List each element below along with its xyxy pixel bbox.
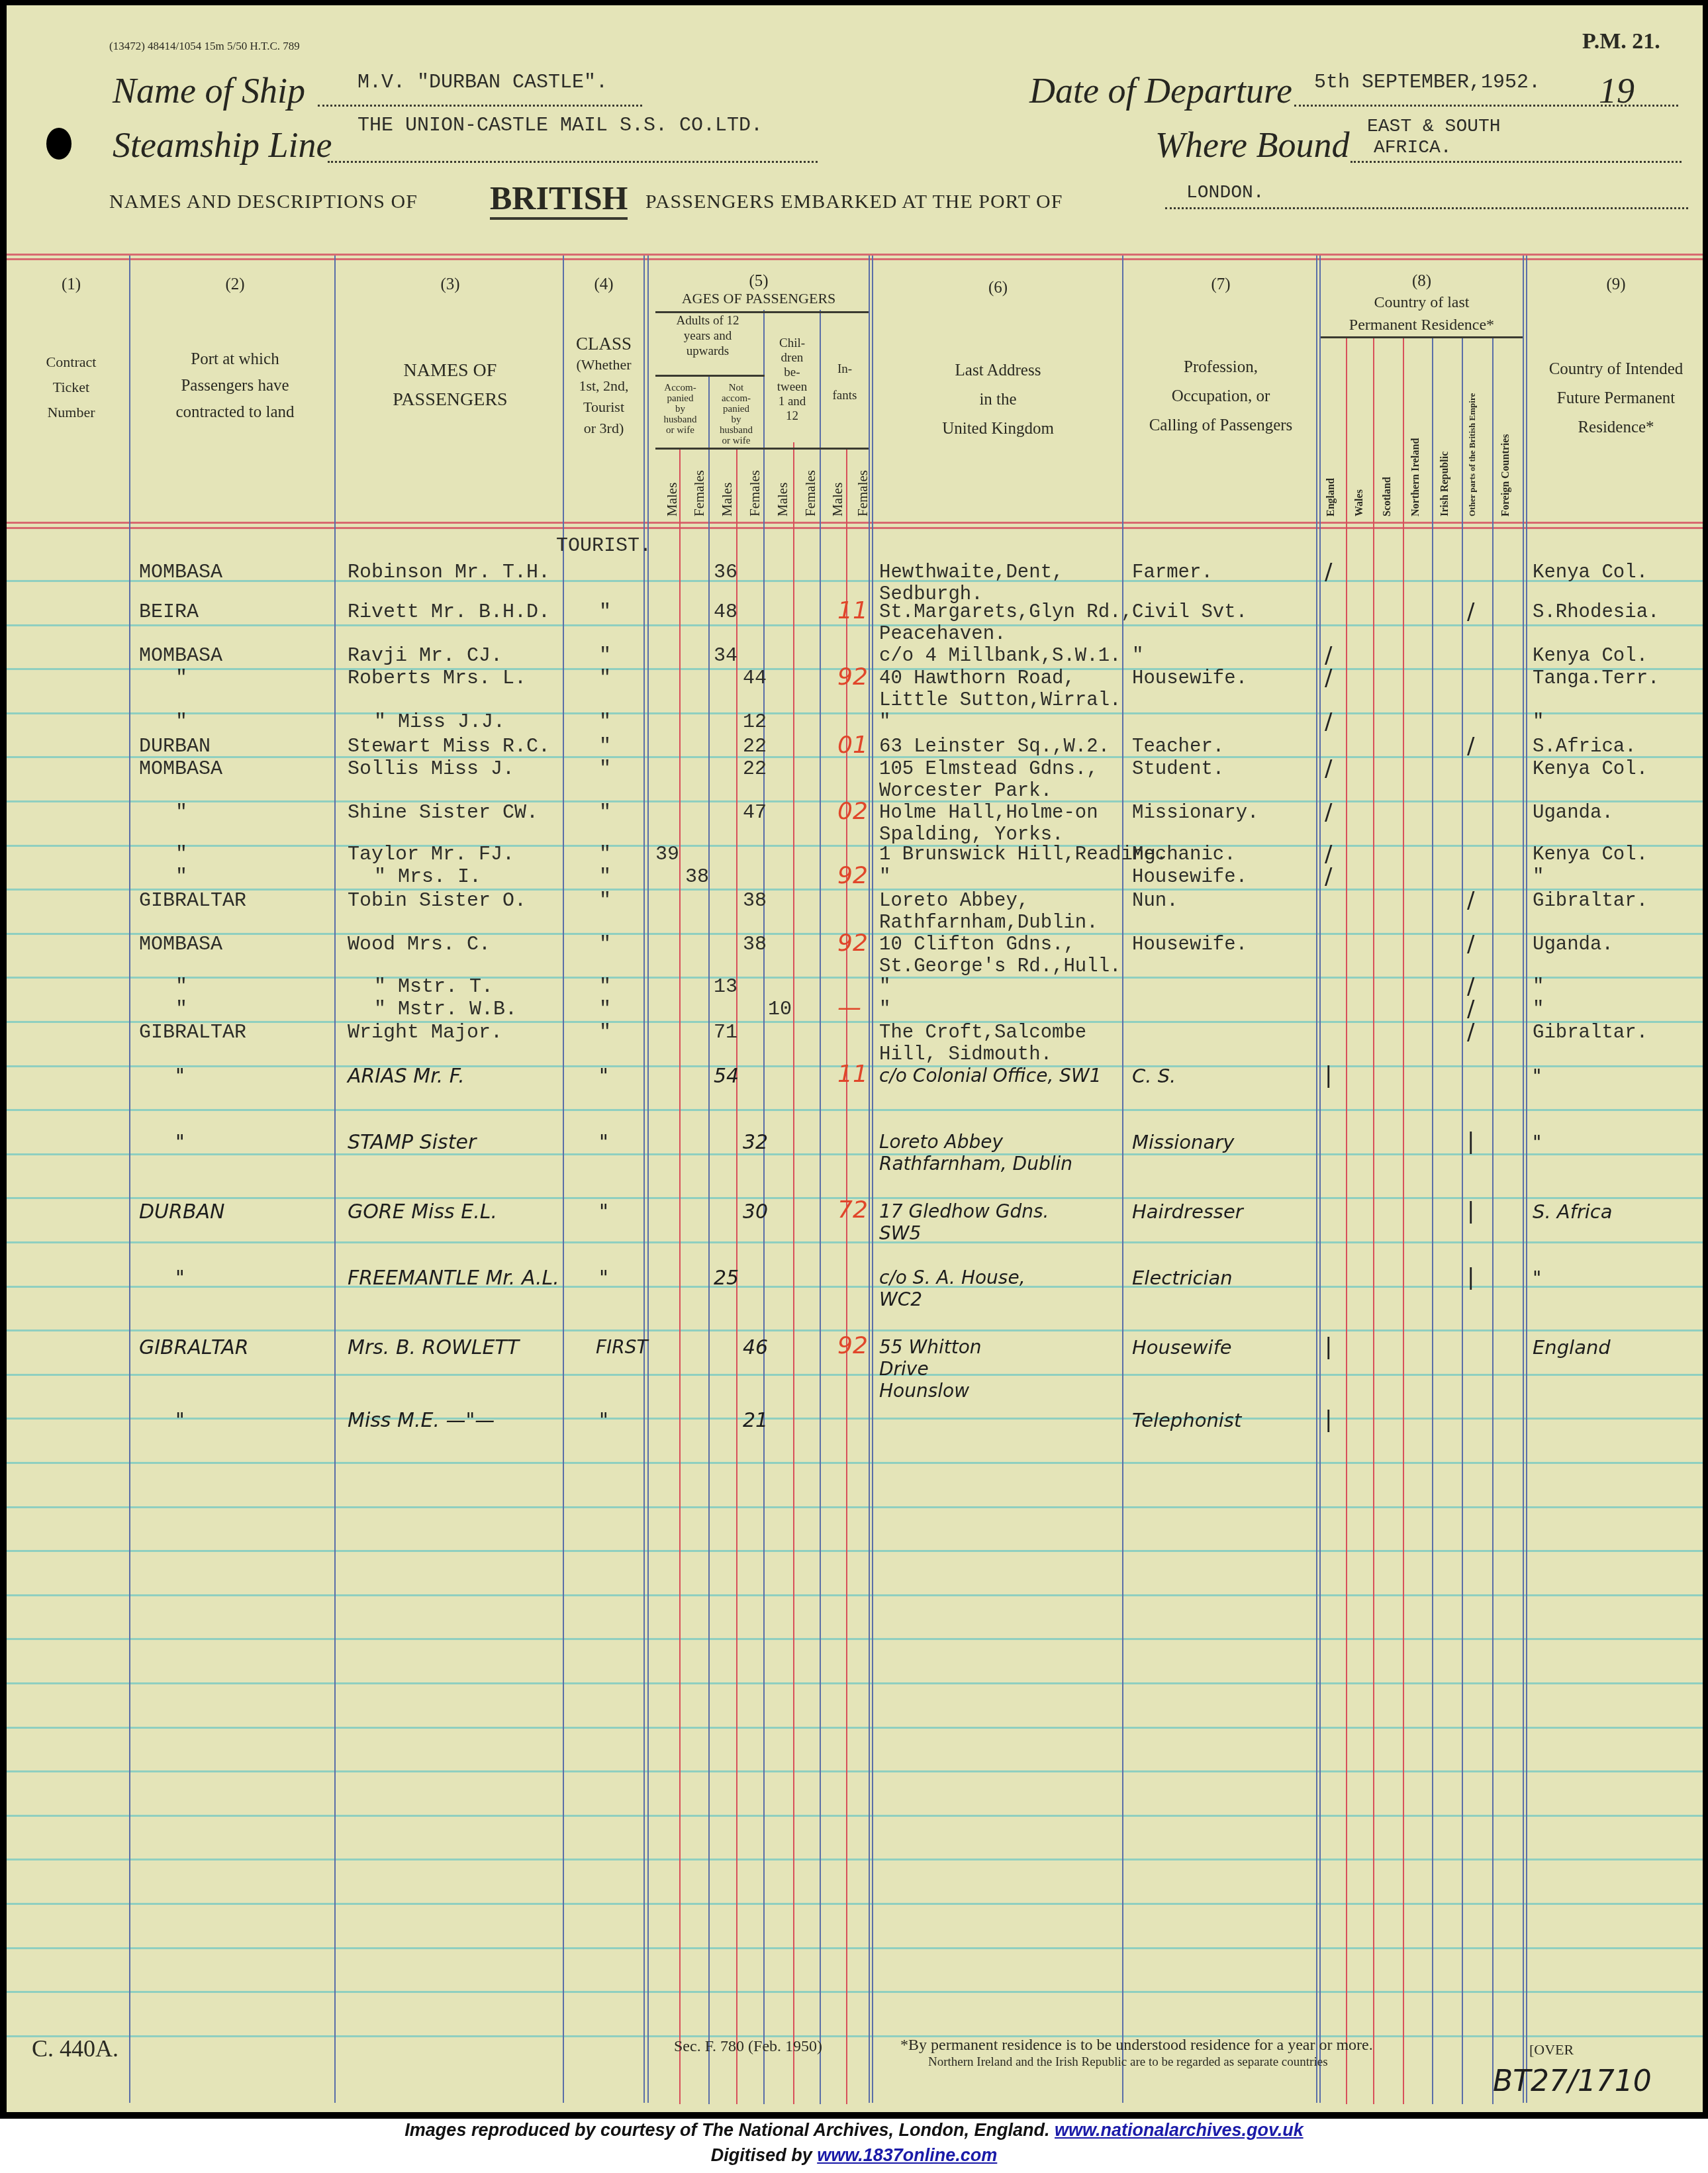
passenger-age: 22	[743, 736, 767, 758]
port-of-landing: "	[175, 1267, 185, 1290]
departure-label: Date of Departure	[1029, 70, 1292, 111]
sex-rule	[655, 448, 869, 450]
label-line: Occupation, or	[1125, 382, 1316, 411]
departure-year-prefix: 19	[1599, 70, 1635, 111]
row-rule	[7, 1418, 1703, 1420]
country-last-rule	[1321, 336, 1523, 338]
row-rule	[7, 1770, 1703, 1772]
row-rule	[7, 1374, 1703, 1376]
residence-tick: |	[1467, 1198, 1474, 1224]
port-of-landing: MOMBASA	[139, 758, 222, 781]
label-line: tween	[765, 380, 820, 395]
adults-rule	[655, 375, 765, 377]
passenger-class: "	[599, 758, 611, 781]
future-residence: Gibraltar.	[1533, 1022, 1648, 1043]
steamship-line: THE UNION-CASTLE MAIL S.S. CO.LTD.	[357, 115, 763, 137]
last-address-line: 10 Clifton Gdns.,	[879, 934, 1075, 955]
col-rule	[563, 256, 564, 2103]
residence-tick: /	[1467, 599, 1474, 625]
last-address-line: WC2	[879, 1288, 922, 1310]
row-rule	[7, 1109, 1703, 1111]
col-rule	[1122, 256, 1123, 2103]
residence-tick: /	[1467, 733, 1474, 759]
port-of-landing: "	[175, 998, 187, 1021]
last-address-line: Peacehaven.	[879, 623, 1006, 645]
national-archives-link[interactable]: www.nationalarchives.gov.uk	[1055, 2120, 1304, 2140]
row-rule	[7, 624, 1703, 626]
label-line: upwards	[652, 344, 763, 359]
label-line: Country of Intended	[1529, 355, 1703, 384]
passenger-name: Sollis Miss J.	[348, 758, 514, 781]
port-of-landing: DURBAN	[139, 1200, 224, 1224]
future-residence: England	[1533, 1336, 1611, 1359]
last-address-line: "	[879, 866, 890, 888]
passenger-age: 13	[714, 976, 737, 998]
label-line: NAMES OF	[338, 356, 563, 385]
class-heading: TOURIST.	[556, 535, 651, 557]
future-residence: S. Africa	[1533, 1200, 1613, 1223]
last-address-line: 105 Elmstead Gdns.,	[879, 758, 1098, 780]
future-residence: S.Africa.	[1533, 736, 1637, 757]
title-british: BRITISH	[490, 179, 628, 220]
sex-label: Females	[855, 470, 871, 516]
label-line: Last Address	[874, 356, 1122, 385]
last-address-line: c/o S. A. House,	[879, 1267, 1025, 1288]
red-annotation: 92	[837, 930, 868, 957]
label-line: Not	[709, 383, 763, 393]
port-of-landing: "	[175, 1131, 185, 1154]
last-address-line: St.Margarets,Glyn Rd.,	[879, 601, 1133, 623]
row-rule	[7, 1329, 1703, 1331]
port-of-embarkation: LONDON.	[1186, 183, 1264, 203]
red-annotation: 92	[837, 1332, 868, 1359]
sex-label: Males	[664, 483, 681, 516]
country-wales: Wales	[1354, 489, 1366, 516]
label-line: 1 and	[765, 395, 820, 409]
passenger-age: 38	[743, 890, 767, 912]
last-address-line: 1 Brunswick Hill,Reading.	[879, 844, 1167, 865]
label-line: fants	[821, 383, 869, 409]
last-address-line: c/o 4 Millbank,S.W.1.	[879, 645, 1121, 667]
passenger-age: 44	[743, 667, 767, 690]
passenger-class: "	[599, 1131, 608, 1154]
label-line: CLASS	[564, 333, 643, 354]
row-rule	[7, 2035, 1703, 2037]
occupation: Nun.	[1132, 890, 1178, 912]
residence-tick: /	[1325, 665, 1332, 691]
col-rule	[793, 442, 794, 2104]
label-line: husband	[652, 414, 708, 425]
country-other-british-empire: Other parts of the British Empire	[1467, 384, 1477, 516]
passenger-class: "	[599, 802, 611, 824]
country-scotland: Scotland	[1382, 477, 1394, 516]
port-of-landing: MOMBASA	[139, 645, 222, 667]
label-line: Country of last	[1321, 291, 1523, 314]
adults-label: Adults of 12 years and upwards	[652, 313, 763, 359]
passenger-class: "	[599, 998, 611, 1021]
passenger-age: 21	[743, 1409, 768, 1432]
passenger-age: 36	[714, 561, 737, 584]
where-bound-2: AFRICA.	[1374, 138, 1452, 158]
port-of-landing: DURBAN	[139, 736, 211, 758]
line-dotline	[328, 161, 818, 163]
row-rule	[7, 1727, 1703, 1729]
label-line: contracted to land	[136, 399, 334, 426]
passenger-name: Robinson Mr. T.H.	[348, 561, 550, 584]
sex-label: Males	[775, 483, 791, 516]
occupation: C. S.	[1132, 1065, 1176, 1087]
occupation: Hairdresser	[1132, 1200, 1243, 1223]
col8-number: (8)	[1321, 270, 1523, 293]
last-address-line: 40 Hawthorn Road,	[879, 667, 1075, 689]
row-rule	[7, 1153, 1703, 1155]
col-rule	[869, 256, 870, 2103]
row-rule	[7, 1594, 1703, 1596]
label-line: in the	[874, 385, 1122, 414]
label-line: Contract	[13, 350, 129, 375]
row-rule	[7, 1991, 1703, 1993]
last-address-line: c/o Colonial Office, SW1	[879, 1065, 1102, 1086]
last-address-line: Rathfarnham, Dublin	[879, 1153, 1072, 1175]
header-bottom-rule-2	[7, 527, 1703, 529]
occupation: Housewife	[1132, 1336, 1232, 1359]
passenger-class: "	[599, 667, 611, 690]
last-address-line: St.George's Rd.,Hull.	[879, 955, 1121, 977]
label-line: (Whether	[564, 354, 643, 375]
passenger-list-form: (13472) 48414/1054 15m 5/50 H.T.C. 789 P…	[7, 5, 1703, 2112]
residence-tick: |	[1325, 1406, 1332, 1433]
passenger-name: Stewart Miss R.C.	[348, 736, 550, 758]
port-of-landing: "	[175, 976, 187, 998]
occupation: Student.	[1132, 758, 1224, 780]
residence-tick: |	[1325, 1333, 1332, 1360]
label-line: 12	[765, 409, 820, 424]
last-address-line: Loreto Abbey,	[879, 890, 1029, 912]
label-line: United Kingdom	[874, 414, 1122, 444]
passenger-class: "	[599, 1200, 608, 1224]
sex-label: Females	[802, 470, 819, 516]
sex-label: Males	[830, 483, 846, 516]
row-rule	[7, 1638, 1703, 1640]
port-of-landing: "	[175, 1409, 185, 1432]
col2-label: Port at which Passengers have contracted…	[136, 346, 334, 426]
last-address-line: Drive	[879, 1358, 929, 1380]
label-line: panied	[652, 393, 708, 404]
col-rule	[1462, 336, 1463, 2104]
infants-label: In- fants	[821, 356, 869, 409]
label-line: PASSENGERS	[338, 385, 563, 414]
col-rule	[846, 449, 847, 2104]
last-address-line: 55 Whitton	[879, 1336, 982, 1358]
col-rule	[1432, 336, 1433, 2104]
col-rule	[708, 376, 710, 2104]
last-address-line: "	[879, 998, 890, 1020]
col1-label: Contract Ticket Number	[13, 350, 129, 425]
port-of-landing: MOMBASA	[139, 561, 222, 584]
col-rule	[334, 256, 336, 2103]
passenger-name: Miss M.E. —"—	[348, 1409, 495, 1432]
col-rule	[1316, 256, 1317, 2103]
col1-number: (1)	[13, 273, 129, 296]
label-line: or wife	[709, 436, 763, 446]
row-rule	[7, 712, 1703, 714]
label-line: husband	[709, 425, 763, 436]
passenger-class: "	[599, 1065, 608, 1088]
port-of-landing: "	[175, 866, 187, 889]
future-residence: S.Rhodesia.	[1533, 601, 1659, 623]
form-code: C. 440A.	[32, 2035, 119, 2062]
passenger-age: 25	[714, 1267, 739, 1290]
passenger-name: " Mstr. T.	[374, 976, 493, 998]
passenger-name: ARIAS Mr. F.	[348, 1065, 465, 1088]
row-rule	[7, 580, 1703, 582]
credit-line-1: Images reproduced by courtesy of The Nat…	[0, 2120, 1708, 2141]
col-rule	[1492, 336, 1494, 2104]
residence-tick: /	[1467, 996, 1474, 1022]
occupation: Missionary	[1132, 1131, 1234, 1153]
last-address-line: 63 Leinster Sq.,W.2.	[879, 736, 1110, 757]
children-label: Chil- dren be- tween 1 and 12	[765, 336, 820, 424]
row-rule	[7, 845, 1703, 847]
label-line: by	[652, 404, 708, 414]
col6-label: Last Address in the United Kingdom	[874, 356, 1122, 444]
label-line: dren	[765, 351, 820, 365]
credit-line-2: Digitised by www.1837online.com	[0, 2145, 1708, 2166]
col7-number: (7)	[1125, 273, 1316, 296]
port-of-landing: "	[175, 844, 187, 866]
punch-hole	[46, 128, 71, 160]
passenger-age: 34	[714, 645, 737, 667]
row-rule	[7, 1241, 1703, 1243]
passenger-name: " Mstr. W.B.	[374, 998, 517, 1021]
red-annotation: 72	[837, 1196, 868, 1224]
last-address-line: "	[879, 711, 890, 733]
passenger-class: "	[599, 1267, 608, 1290]
occupation: Telephonist	[1132, 1409, 1241, 1431]
accompanied-label: Accom- panied by husband or wife	[652, 383, 708, 436]
passenger-name: Taylor Mr. FJ.	[348, 844, 514, 866]
last-address-line: Loreto Abbey	[879, 1131, 1003, 1153]
port-of-landing: "	[175, 1065, 185, 1088]
last-address-line: The Croft,Salcombe	[879, 1022, 1086, 1043]
port-of-landing: BEIRA	[139, 601, 199, 624]
credit-text: Digitised by	[711, 2145, 812, 2165]
passenger-class: "	[599, 976, 611, 998]
port-of-landing: MOMBASA	[139, 934, 222, 956]
label-line: Passengers have	[136, 373, 334, 399]
future-residence: "	[1533, 1267, 1541, 1289]
passenger-class: "	[599, 866, 611, 889]
col-rule	[129, 256, 130, 2103]
red-annotation: 11	[837, 1061, 868, 1088]
passenger-name: Tobin Sister O.	[348, 890, 526, 912]
passenger-class: "	[599, 890, 611, 912]
label-line: Calling of Passengers	[1125, 411, 1316, 440]
credit-text: Images reproduced by courtesy of The Nat…	[404, 2120, 1049, 2140]
where-bound-label: Where Bound	[1155, 124, 1349, 166]
future-residence: Kenya Col.	[1533, 844, 1648, 865]
label-line: years and	[652, 328, 763, 344]
future-residence: "	[1533, 976, 1544, 998]
where-bound-1: EAST & SOUTH	[1367, 117, 1501, 137]
future-residence: "	[1533, 1065, 1541, 1087]
last-address-line: Little Sutton,Wirral.	[879, 689, 1121, 711]
passenger-class: "	[599, 736, 611, 758]
label-line: 1st, 2nd,	[564, 375, 643, 397]
port-dotline	[1165, 207, 1688, 209]
col-rule	[1403, 336, 1404, 2104]
port-of-landing: GIBRALTAR	[139, 890, 246, 912]
label-line: Profession,	[1125, 353, 1316, 382]
passenger-name: GORE Miss E.L.	[348, 1200, 497, 1224]
archive-reference: BT27/1710	[1493, 2064, 1652, 2098]
label-line: In-	[821, 356, 869, 383]
passenger-name: STAMP Sister	[348, 1131, 476, 1154]
passenger-age: 32	[743, 1131, 768, 1154]
residence-tick: /	[1325, 799, 1332, 826]
passenger-age: 30	[743, 1200, 768, 1224]
future-residence: "	[1533, 998, 1544, 1020]
row-rule	[7, 1462, 1703, 1464]
header-bottom-rule	[7, 522, 1703, 524]
future-residence: "	[1533, 866, 1544, 888]
passenger-name: Rivett Mr. B.H.D.	[348, 601, 550, 624]
residence-tick: /	[1467, 1019, 1474, 1045]
label-line: or wife	[652, 425, 708, 436]
label-line: Chil-	[765, 336, 820, 351]
passenger-name: Wright Major.	[348, 1022, 502, 1044]
passenger-name: Ravji Mr. CJ.	[348, 645, 502, 667]
label-line: panied	[709, 404, 763, 414]
form-id: P.M. 21.	[1582, 29, 1660, 54]
passenger-class: "	[599, 601, 611, 624]
header-top-rule-2	[7, 258, 1703, 260]
label-line: by	[709, 414, 763, 425]
col-rule	[1526, 256, 1527, 2103]
row-rule	[7, 1286, 1703, 1288]
col9-label: Country of Intended Future Permanent Res…	[1529, 355, 1703, 442]
passenger-class: "	[599, 711, 611, 734]
col-rule	[1346, 336, 1347, 2104]
occupation: Housewife.	[1132, 667, 1247, 689]
red-annotation: 01	[837, 732, 868, 759]
red-annotation: 92	[837, 862, 868, 889]
label-line: Permanent Residence*	[1321, 314, 1523, 336]
passenger-name: Wood Mrs. C.	[348, 934, 491, 956]
passenger-age: 12	[743, 711, 767, 734]
port-of-landing: GIBRALTAR	[139, 1336, 249, 1359]
passenger-age: 54	[714, 1065, 739, 1088]
col-rule	[1373, 336, 1374, 2104]
occupation: Missionary.	[1132, 802, 1258, 824]
occupation: Electrician	[1132, 1267, 1233, 1289]
residence-tick: /	[1325, 708, 1332, 735]
label-line: Ticket	[13, 375, 129, 400]
passenger-name: Shine Sister CW.	[348, 802, 538, 824]
col8-label: Country of last Permanent Residence*	[1321, 291, 1523, 336]
country-irish-republic: Irish Republic	[1439, 452, 1451, 516]
red-annotation: —	[837, 994, 861, 1022]
col-rule	[1523, 256, 1524, 2103]
passenger-class: FIRST	[596, 1336, 648, 1358]
col7-label: Profession, Occupation, or Calling of Pa…	[1125, 353, 1316, 440]
over-mark: [OVER	[1529, 2041, 1574, 2058]
row-rule	[7, 1903, 1703, 1905]
passenger-name: Roberts Mrs. L.	[348, 667, 526, 690]
occupation: Housewife.	[1132, 934, 1247, 955]
col-rule	[1319, 256, 1321, 2103]
passenger-name: Mrs. B. ROWLETT	[348, 1336, 519, 1359]
ages-title: AGES OF PASSENGERS	[649, 289, 869, 309]
passenger-age: 48	[714, 601, 737, 624]
future-residence: Gibraltar.	[1533, 890, 1648, 912]
occupation: Civil Svt.	[1132, 601, 1247, 623]
col4-number: (4)	[564, 273, 643, 296]
sex-label: Males	[719, 483, 735, 516]
print-code: (13472) 48414/1054 15m 5/50 H.T.C. 789	[109, 40, 300, 53]
port-of-landing: "	[175, 711, 187, 734]
last-address-line: Holme Hall,Holme-on	[879, 802, 1098, 824]
residence-tick: |	[1325, 1062, 1332, 1088]
title-pre: NAMES AND DESCRIPTIONS OF	[109, 191, 418, 213]
1837online-link[interactable]: www.1837online.com	[817, 2145, 997, 2165]
occupation: Farmer.	[1132, 561, 1213, 583]
last-address-line: SW5	[879, 1222, 921, 1244]
title-post: PASSENGERS EMBARKED AT THE PORT OF	[645, 191, 1063, 213]
passenger-class: "	[599, 645, 611, 667]
residence-tick: /	[1325, 863, 1332, 890]
row-rule	[7, 1506, 1703, 1508]
row-rule	[7, 1947, 1703, 1949]
passenger-age: 71	[714, 1022, 737, 1044]
departure-date: 5th SEPTEMBER,1952.	[1314, 72, 1541, 94]
row-rule	[7, 1550, 1703, 1552]
header-top-rule	[7, 254, 1703, 256]
ship-name: M.V. "DURBAN CASTLE".	[357, 72, 608, 94]
bound-dotline	[1351, 161, 1682, 163]
country-foreign: Foreign Countries	[1500, 434, 1512, 516]
label-line: Number	[13, 400, 129, 425]
port-of-landing: "	[175, 667, 187, 690]
red-annotation: 92	[837, 663, 868, 691]
footnote-2: Northern Ireland and the Irish Republic …	[928, 2055, 1328, 2070]
occupation: Teacher.	[1132, 736, 1224, 757]
passenger-class: "	[599, 1409, 608, 1432]
future-residence: Kenya Col.	[1533, 561, 1648, 583]
row-rule	[7, 1815, 1703, 1817]
country-northern-ireland: Northern Ireland	[1410, 438, 1422, 516]
label-line: Port at which	[136, 346, 334, 373]
label-line: Future Permanent	[1529, 384, 1703, 413]
col9-number: (9)	[1529, 273, 1703, 296]
last-address-line: 17 Gledhow Gdns.	[879, 1200, 1049, 1222]
label-line: or 3rd)	[564, 418, 643, 439]
port-of-landing: "	[175, 802, 187, 824]
col-rule	[643, 256, 645, 2103]
passenger-age: 47	[743, 802, 767, 824]
residence-tick: |	[1467, 1128, 1474, 1155]
future-residence: "	[1533, 1131, 1541, 1153]
future-residence: Kenya Col.	[1533, 645, 1648, 667]
country-england: England	[1325, 478, 1337, 516]
passenger-name: FREEMANTLE Mr. A.L.	[348, 1267, 559, 1290]
passenger-age: 10	[768, 998, 792, 1021]
passenger-age: 38	[743, 934, 767, 956]
col6-number: (6)	[874, 277, 1122, 299]
last-address-line: Spalding, Yorks.	[879, 824, 1063, 845]
future-residence: Kenya Col.	[1533, 758, 1648, 780]
passenger-age: 38	[685, 866, 709, 889]
